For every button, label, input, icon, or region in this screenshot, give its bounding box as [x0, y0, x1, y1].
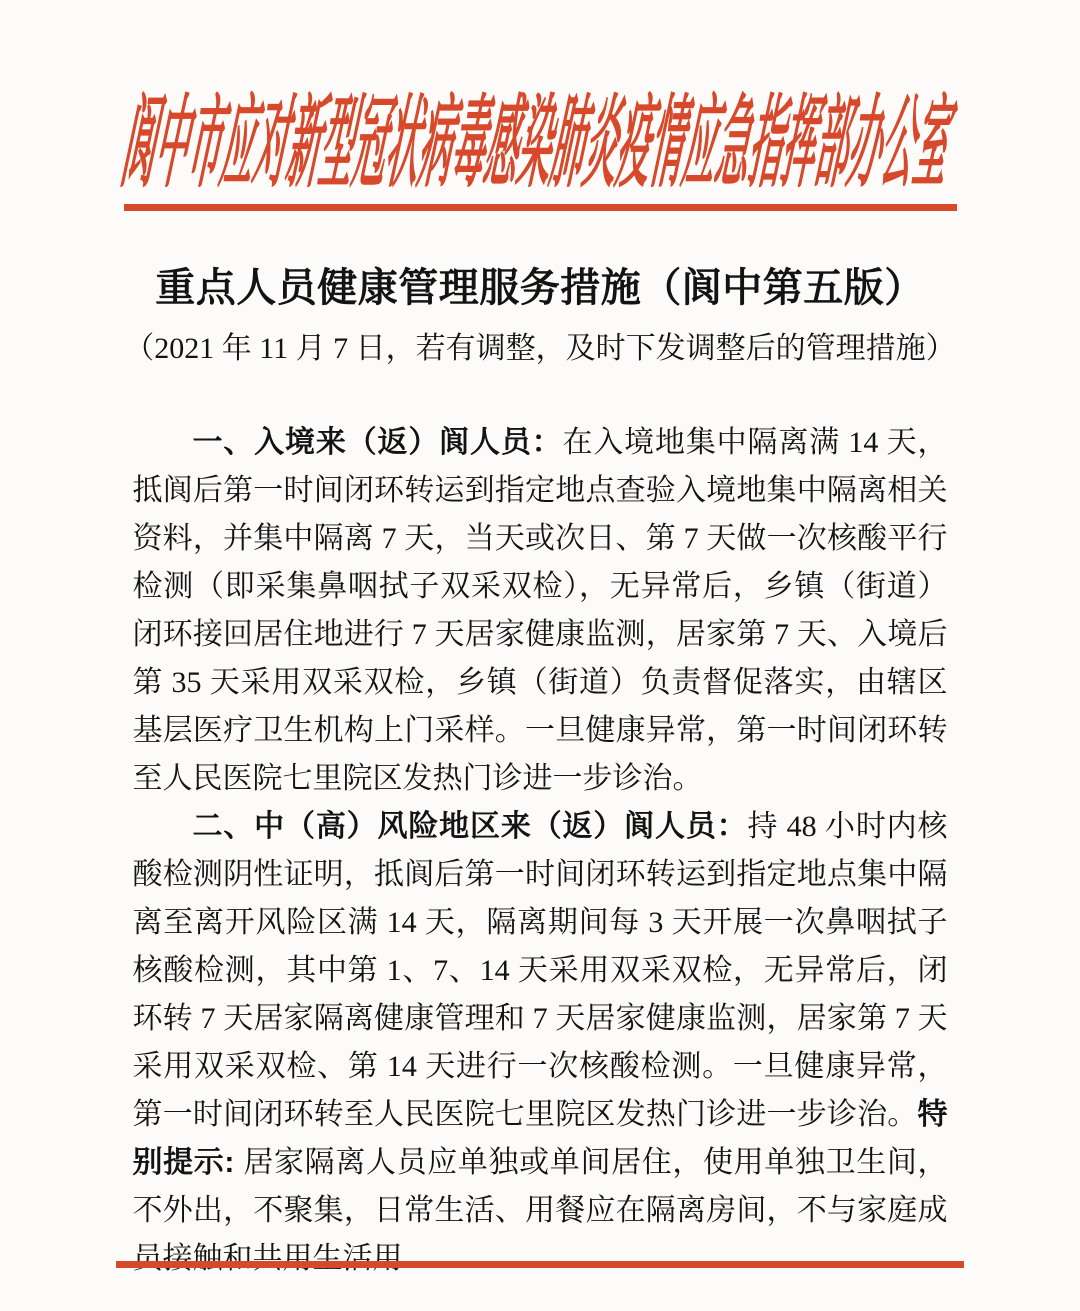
- document-body: 重点人员健康管理服务措施（阆中第五版） （2021 年 11 月 7 日，若有调…: [0, 265, 1080, 1283]
- paragraph-2-text: 持 48 小时内核酸检测阴性证明，抵阆后第一时间闭环转运到指定地点集中隔离至离开…: [133, 810, 948, 1131]
- document-subtitle: （2021 年 11 月 7 日，若有调整，及时下发调整后的管理措施）: [0, 329, 1080, 369]
- page-bottom-divider-rule: [116, 1261, 964, 1268]
- paragraph-2-heading: 二、中（高）风险地区来（返）阆人员：: [193, 810, 748, 843]
- letterhead: 阆中市应对新型冠状病毒感染肺炎疫情应急指挥部办公室: [0, 72, 1080, 211]
- special-notice-text: 居家隔离人员应单独或单间居住，使用单独卫生间，不外出，不聚集，日常生活、用餐应在…: [133, 1146, 948, 1275]
- paragraph-risk-area-returnees: 二、中（高）风险地区来（返）阆人员：持 48 小时内核酸检测阴性证明，抵阆后第一…: [133, 803, 948, 1283]
- letterhead-title-row: 阆中市应对新型冠状病毒感染肺炎疫情应急指挥部办公室: [0, 72, 1080, 200]
- paragraph-1-heading: 一、入境来（返）阆人员：: [193, 426, 563, 459]
- document-title: 重点人员健康管理服务措施（阆中第五版）: [0, 265, 1080, 311]
- document-content: 一、入境来（返）阆人员：在入境地集中隔离满 14 天，抵阆后第一时间闭环转运到指…: [133, 419, 948, 1283]
- document-page: 阆中市应对新型冠状病毒感染肺炎疫情应急指挥部办公室 重点人员健康管理服务措施（阆…: [0, 0, 1080, 1311]
- paragraph-inbound-returnees: 一、入境来（返）阆人员：在入境地集中隔离满 14 天，抵阆后第一时间闭环转运到指…: [133, 419, 948, 803]
- paragraph-1-text: 在入境地集中隔离满 14 天，抵阆后第一时间闭环转运到指定地点查验入境地集中隔离…: [133, 426, 948, 795]
- issuing-office-title: 阆中市应对新型冠状病毒感染肺炎疫情应急指挥部办公室: [112, 64, 967, 207]
